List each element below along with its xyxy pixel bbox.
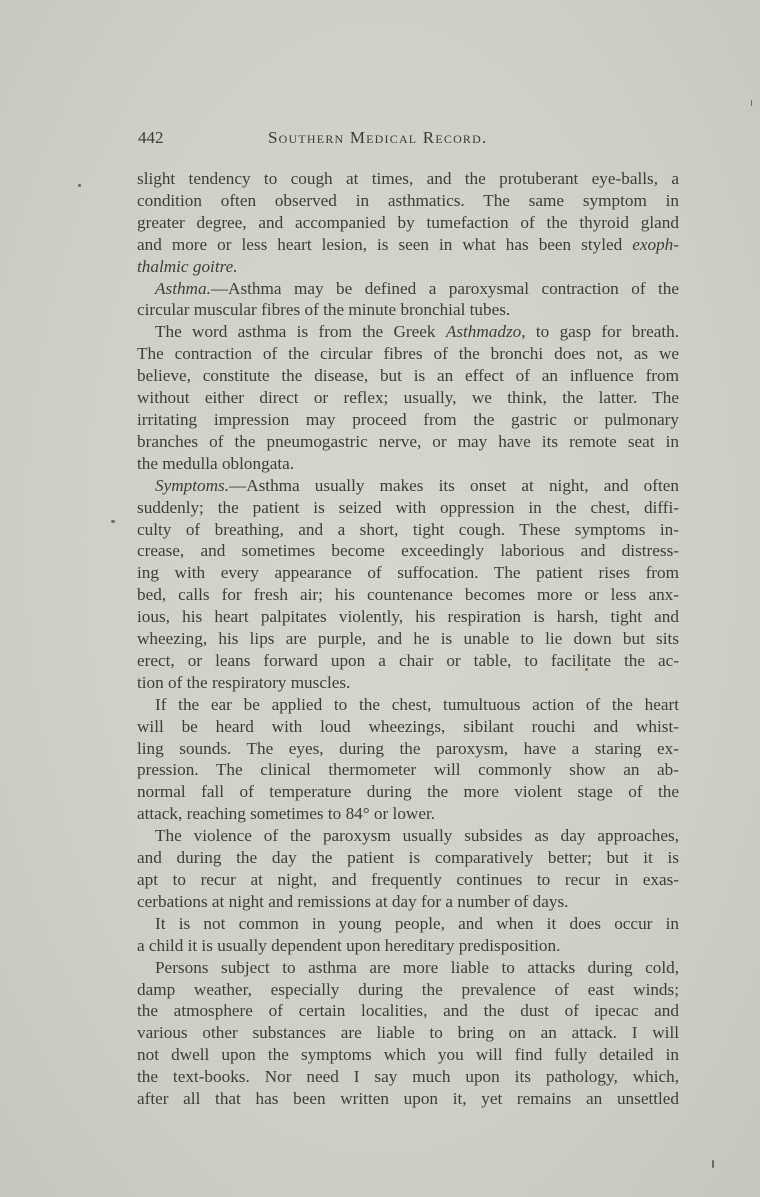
- text-line: after all that has been written upon it,…: [137, 1088, 679, 1110]
- text-line: the medulla oblongata.: [137, 453, 679, 475]
- section-lead: Asthma.: [155, 279, 211, 298]
- text-line: If the ear be applied to the chest, tumu…: [137, 694, 679, 716]
- text-line: wheezing, his lips are purple, and he is…: [137, 628, 679, 650]
- text-line: tion of the respiratory muscles.: [137, 672, 679, 694]
- paper-speck: [78, 184, 81, 187]
- text-line: will be heard with loud wheezings, sibil…: [137, 716, 679, 738]
- text-line: Asthma.—Asthma may be defined a paroxysm…: [137, 278, 679, 300]
- text-line: The contraction of the circular fibres o…: [137, 343, 679, 365]
- text-fragment: —Asthma may be defined a paroxysmal cont…: [211, 279, 679, 298]
- text-line: a child it is usually dependent upon her…: [137, 935, 679, 957]
- text-line: suddenly; the patient is seized with opp…: [137, 497, 679, 519]
- paragraph-asthma-definition: Asthma.—Asthma may be defined a paroxysm…: [137, 278, 679, 322]
- text-fragment: The word asthma is from the Greek: [155, 322, 436, 341]
- text-line: thalmic goitre.: [137, 256, 679, 278]
- text-line: and during the day the patient is compar…: [137, 847, 679, 869]
- paragraph-symptoms: Symptoms.—Asthma usually makes its onset…: [137, 475, 679, 694]
- text-line: ling sounds. The eyes, during the paroxy…: [137, 738, 679, 760]
- text-line: cerbations at night and remissions at da…: [137, 891, 679, 913]
- page-number: 442: [138, 128, 164, 148]
- text-line: bed, calls for fresh air; his countenanc…: [137, 584, 679, 606]
- page-header: 442 Southern Medical Record.: [138, 128, 678, 158]
- text-line: culty of breathing, and a short, tight c…: [137, 519, 679, 541]
- text-line: ious, his heart palpitates violently, hi…: [137, 606, 679, 628]
- text-line: The violence of the paroxysm usually sub…: [137, 825, 679, 847]
- text-line: pression. The clinical thermometer will …: [137, 759, 679, 781]
- text-line: believe, constitute the disease, but is …: [137, 365, 679, 387]
- text-line: without either direct or reflex; usually…: [137, 387, 679, 409]
- italic-term: thalmic goitre.: [137, 257, 238, 276]
- text-line: the atmosphere of certain localities, an…: [137, 1000, 679, 1022]
- paragraph-etymology: The word asthma is from the Greek Asthma…: [137, 321, 679, 474]
- paper-speck: [751, 100, 752, 106]
- text-line: the text-books. Nor need I say much upon…: [137, 1066, 679, 1088]
- text-line: normal fall of temperature during the mo…: [137, 781, 679, 803]
- text-fragment: , to gasp for breath.: [521, 322, 679, 341]
- paragraph-heredity: It is not common in young people, and wh…: [137, 913, 679, 957]
- text-line: attack, reaching sometimes to 84° or low…: [137, 803, 679, 825]
- paper-speck: [111, 520, 115, 523]
- text-line: apt to recur at night, and frequently co…: [137, 869, 679, 891]
- text-line: ing with every appearance of suffocation…: [137, 562, 679, 584]
- paper-speck: [585, 668, 588, 671]
- text-line: slight tendency to cough at times, and t…: [137, 168, 679, 190]
- text-line: The word asthma is from the Greek Asthma…: [137, 321, 679, 343]
- text-line: various other substances are liable to b…: [137, 1022, 679, 1044]
- text-line: crease, and sometimes become exceedingly…: [137, 540, 679, 562]
- text-line: condition often observed in asthmatics. …: [137, 190, 679, 212]
- paragraph-exophthalmic: slight tendency to cough at times, and t…: [137, 168, 679, 278]
- paragraph-auscultation: If the ear be applied to the chest, tumu…: [137, 694, 679, 825]
- italic-term: exoph-: [632, 235, 679, 254]
- text-line: greater degree, and accompanied by tumef…: [137, 212, 679, 234]
- text-fragment: —Asthma usually makes its onset at night…: [229, 476, 679, 495]
- paper-speck: [712, 1160, 714, 1168]
- text-line: irritating impression may proceed from t…: [137, 409, 679, 431]
- text-line: erect, or leans forward upon a chair or …: [137, 650, 679, 672]
- text-line: circular muscular fibres of the minute b…: [137, 299, 679, 321]
- paragraph-causes: Persons subject to asthma are more liabl…: [137, 957, 679, 1110]
- running-title: Southern Medical Record.: [268, 128, 487, 148]
- paragraph-paroxysm-course: The violence of the paroxysm usually sub…: [137, 825, 679, 913]
- section-lead: Symptoms.: [155, 476, 229, 495]
- text-fragment: and more or less heart lesion, is seen i…: [137, 235, 622, 254]
- article-body: slight tendency to cough at times, and t…: [137, 168, 679, 1110]
- italic-term: Asthmadzo: [446, 322, 521, 341]
- text-line: and more or less heart lesion, is seen i…: [137, 234, 679, 256]
- text-line: Persons subject to asthma are more liabl…: [137, 957, 679, 979]
- text-line: branches of the pneumogastric nerve, or …: [137, 431, 679, 453]
- text-line: damp weather, especially during the prev…: [137, 979, 679, 1001]
- text-line: Symptoms.—Asthma usually makes its onset…: [137, 475, 679, 497]
- text-line: not dwell upon the symptoms which you wi…: [137, 1044, 679, 1066]
- scanned-page: 442 Southern Medical Record. slight tend…: [0, 0, 760, 1197]
- text-line: It is not common in young people, and wh…: [137, 913, 679, 935]
